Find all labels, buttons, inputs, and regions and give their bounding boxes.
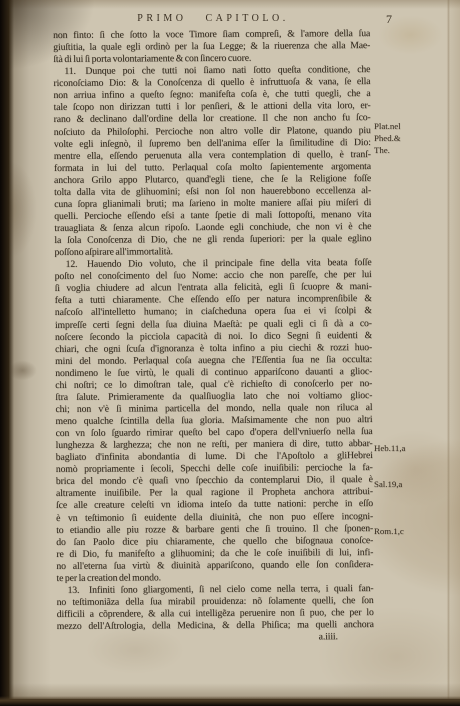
margin-note-plato: Phed.& [374, 132, 424, 144]
body-text: non finto: ſi che ſotto la voce Timore ſ… [53, 28, 374, 645]
margin-note-romans: Rom.1,c [374, 525, 424, 537]
scanned-book-page: PRIMO CAPITOLO. 7 non finto: ſi che ſott… [0, 0, 460, 706]
margin-note-hebrews: Heb.11,a [374, 442, 424, 454]
text-line: giuſtitia, la quale egli ordinò per la ſ… [53, 40, 370, 54]
page-edge-crease [447, 0, 450, 699]
signature-mark: a.iiii. [57, 631, 374, 645]
text-line: no all'eterna ſua virtù & diuinità appar… [56, 559, 373, 573]
margin-note-psalms: Sal.19,a [374, 478, 424, 490]
text-line: la ſola Conoſcenza di Dio, che ne gli re… [54, 233, 371, 247]
binding-edge-left [0, 0, 14, 706]
running-header: PRIMO CAPITOLO. [55, 13, 371, 24]
margin-note-plato: The. [374, 144, 424, 156]
scan-edge-bottom [0, 696, 460, 706]
margin-note-plato: Plat.nel [374, 120, 424, 132]
page-number: 7 [379, 12, 399, 27]
